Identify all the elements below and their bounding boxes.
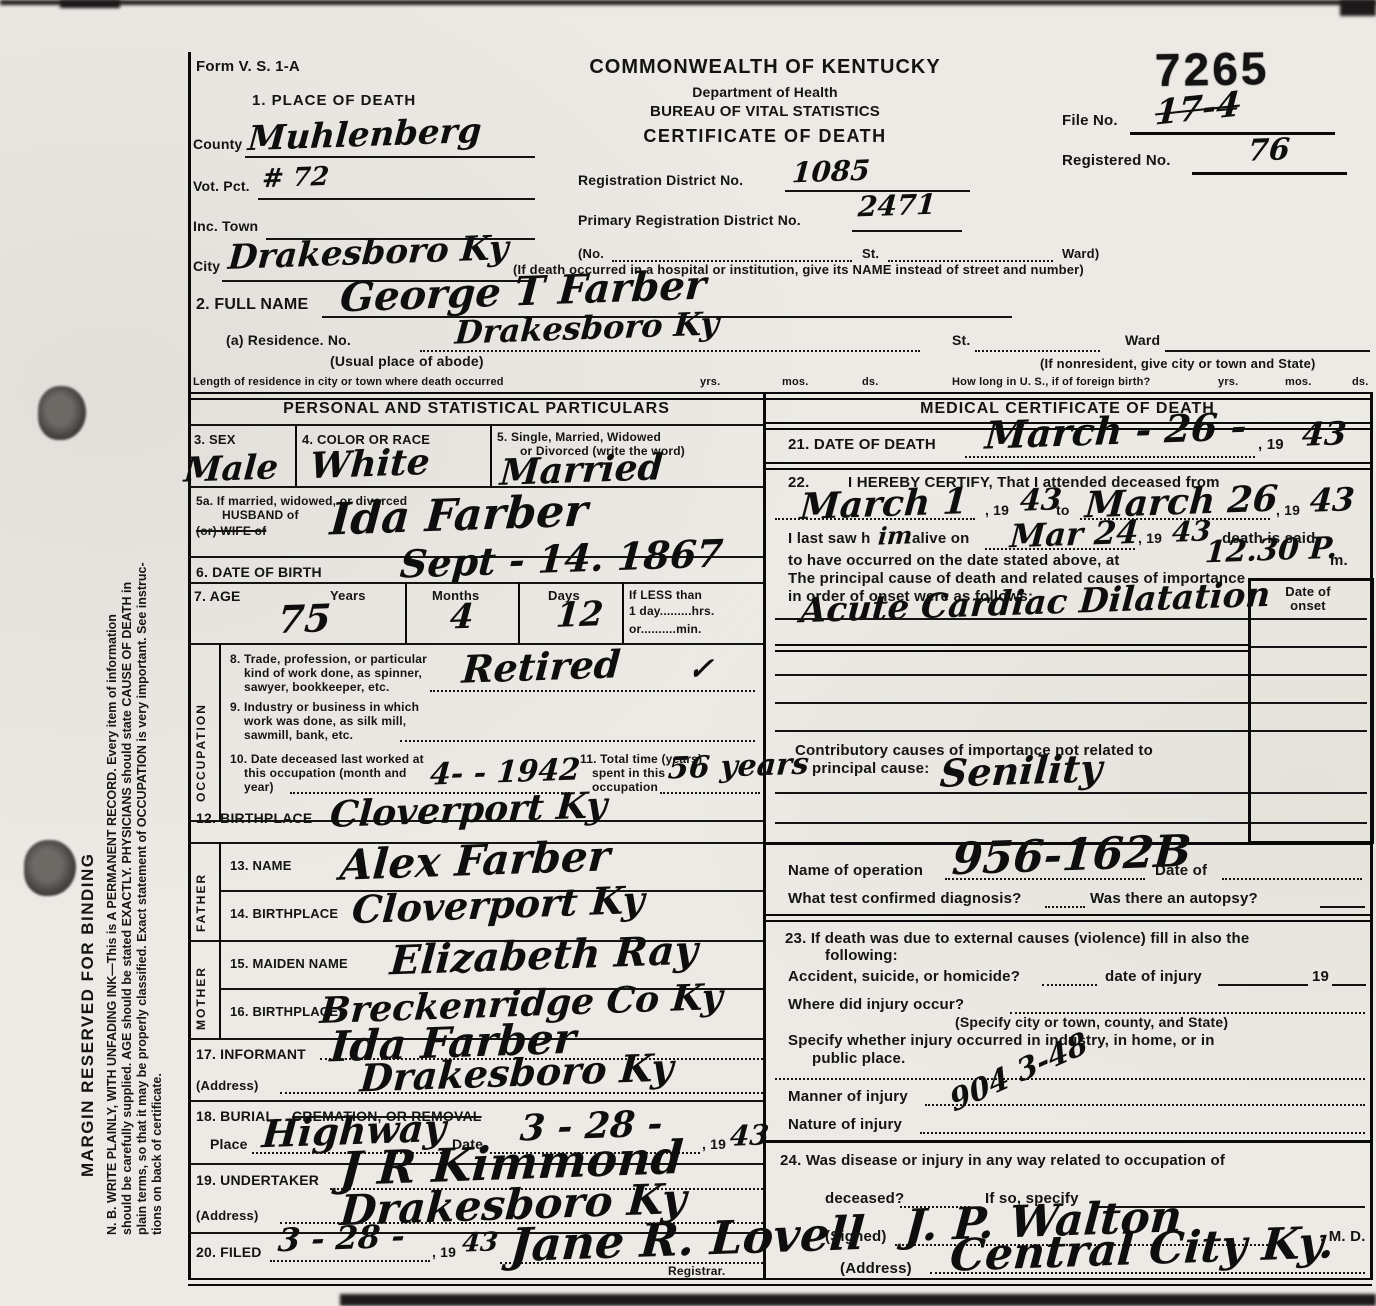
margin-nb-note: N. B. WRITE PLAINLY, WITH UNFADING INK—T… — [105, 85, 165, 1235]
onset-line-1 — [1251, 618, 1367, 620]
file-no-value: 17-4 — [1154, 87, 1241, 130]
trade-label-1: 8. Trade, profession, or particular — [230, 652, 427, 666]
specify-injury-label-2: public place. — [812, 1050, 905, 1067]
injury-bottom — [763, 1140, 1370, 1143]
scan-edge-top — [0, 0, 1376, 5]
hospital-no-label: (No. — [578, 246, 604, 261]
sex-label: 3. SEX — [194, 432, 236, 447]
commonwealth-title: COMMONWEALTH OF KENTUCKY — [565, 56, 965, 79]
cause-line-2 — [775, 644, 1248, 652]
nature-of-injury-label: Nature of injury — [788, 1116, 902, 1133]
form-number: Form V. S. 1-A — [196, 58, 300, 75]
form-left-border — [188, 52, 191, 1280]
external-causes-label-2: following: — [825, 947, 898, 964]
cause-line-6 — [775, 822, 1248, 824]
main-top-border — [188, 392, 1372, 400]
trade-checkmark: ✓ — [687, 655, 714, 686]
onset-line-5 — [1251, 730, 1367, 732]
last-worked-label-2: this occupation (month and — [244, 766, 407, 780]
city-value: Drakesboro Ky — [227, 231, 510, 275]
residence-length-label: Length of residence in city or town wher… — [193, 376, 504, 388]
last-saw-year-prefix: , 19 — [1138, 530, 1162, 546]
contributory-line — [775, 792, 1248, 794]
industry-label-2: work was done, as silk mill, — [244, 714, 406, 728]
nb-line-2: should be carefully supplied. AGE should… — [120, 85, 135, 1235]
scan-edge-bottom — [340, 1294, 1376, 1306]
date-of-death-value: March - 26 - — [984, 407, 1248, 454]
dod-line — [965, 456, 1255, 458]
or-wife-of-label: (or) WIFE of — [196, 524, 266, 538]
dob-label: 6. DATE OF BIRTH — [196, 564, 322, 580]
less-than-label-2: 1 day.........hrs. — [629, 604, 714, 618]
sex-value: Male — [183, 450, 280, 487]
occupation-vertical-label: OCCUPATION — [194, 672, 208, 802]
registrar-label: Registrar. — [668, 1264, 725, 1278]
informant-label: 17. INFORMANT — [196, 1046, 306, 1062]
operation-date-line — [1222, 878, 1362, 880]
inc-town-label: Inc. Town — [193, 218, 258, 234]
manner-top-line — [775, 1078, 1365, 1080]
residence-label: (a) Residence. No. — [226, 332, 351, 348]
specify-injury-label-1: Specify whether injury occurred in indus… — [788, 1032, 1215, 1049]
bureau-title: BUREAU OF VITAL STATISTICS — [565, 103, 965, 120]
test-line — [1045, 906, 1085, 908]
father-birthplace-value: Cloverport Ky — [351, 881, 646, 929]
undertaker-address-label: (Address) — [196, 1208, 258, 1223]
age-label: 7. AGE — [194, 588, 241, 604]
physician-address-label: (Address) — [840, 1260, 912, 1277]
cause-line-4 — [775, 702, 1248, 704]
from-year-prefix: , 19 — [985, 502, 1009, 518]
hospital-ward-label: Ward) — [1062, 246, 1099, 261]
vot-pct-line — [258, 198, 535, 200]
undertaker-label: 19. UNDERTAKER — [196, 1172, 319, 1188]
reg-district-label: Registration District No. — [578, 172, 743, 188]
registered-no-line — [1192, 172, 1347, 175]
trade-label-2: kind of work done, as spinner, — [244, 666, 422, 680]
filed-year-value: 43 — [461, 1229, 499, 1256]
residence-value: Drakesboro Ky — [454, 307, 720, 348]
last-worked-label-3: year) — [244, 780, 274, 794]
informant-address-line — [280, 1092, 763, 1094]
dod-year-prefix: , 19 — [1258, 436, 1284, 453]
autopsy-label: Was there an autopsy? — [1090, 890, 1258, 907]
occurred-text: to have occurred on the date stated abov… — [788, 552, 1120, 569]
primary-reg-label: Primary Registration District No. — [578, 212, 801, 228]
specify-city-note: (Specify city or town, county, and State… — [955, 1014, 1228, 1030]
contributory-value: Senility — [939, 749, 1104, 793]
operation-label: Name of operation — [788, 862, 923, 879]
us-yrs: yrs. — [1218, 376, 1238, 388]
primary-reg-line — [852, 230, 962, 232]
date-of-death-label: 21. DATE OF DEATH — [788, 436, 936, 453]
margin-binding-note: MARGIN RESERVED FOR BINDING — [78, 467, 98, 1177]
dob-value: Sept - 14. 1867 — [399, 534, 725, 583]
onset-line-3 — [1251, 674, 1367, 676]
personal-section-title: PERSONAL AND STATISTICAL PARTICULARS — [190, 400, 763, 418]
father-birthplace-label: 14. BIRTHPLACE — [230, 906, 338, 921]
onset-line-4 — [1251, 702, 1367, 704]
total-time-label-2: spent in this — [592, 766, 665, 780]
last-saw-value: Mar 24 — [1009, 516, 1140, 553]
dod-year-value: 43 — [1301, 417, 1348, 451]
marital-label-1: 5. Single, Married, Widowed — [497, 430, 661, 444]
vot-pct-value: # 72 — [261, 164, 330, 192]
age-years-label: Years — [330, 588, 366, 603]
mother-vertical-label: MOTHER — [194, 960, 208, 1030]
industry-label-1: 9. Industry or business in which — [230, 700, 419, 714]
registered-no-label: Registered No. — [1062, 152, 1171, 169]
filed-label: 20. FILED — [196, 1244, 262, 1260]
to-year-prefix: , 19 — [1276, 502, 1300, 518]
full-name-label: 2. FULL NAME — [196, 296, 308, 314]
informant-address-value: Drakesboro Ky — [359, 1048, 675, 1097]
reg-district-value: 1085 — [791, 157, 871, 188]
county-line — [245, 156, 535, 158]
father-name-label: 13. NAME — [230, 858, 292, 873]
nature-line — [920, 1132, 1365, 1134]
occupation-strip-divider — [219, 643, 221, 820]
spouse-name-value: Ida Farber — [329, 489, 590, 542]
industry-line — [400, 740, 755, 742]
filed-date-value: 3 - 28 - — [277, 1220, 406, 1257]
residence-line — [420, 350, 920, 352]
cause-line-3 — [775, 674, 1248, 676]
less-than-label-1: If LESS than — [629, 588, 702, 602]
occurred-m-label: m. — [1330, 552, 1348, 569]
county-label: County — [193, 136, 242, 152]
burial-year-prefix: , 19 — [702, 1136, 726, 1152]
husband-of-label: HUSBAND of — [222, 508, 299, 522]
personal-title-underline — [188, 424, 763, 426]
death-certificate-scan: MARGIN RESERVED FOR BINDING N. B. WRITE … — [0, 0, 1376, 1306]
registered-no-value: 76 — [1247, 135, 1291, 167]
trade-label-3: sawyer, bookkeeper, etc. — [244, 680, 390, 694]
margin-binding-label: MARGIN RESERVED FOR BINDING — [78, 853, 97, 1178]
informant-bottom — [188, 1100, 763, 1102]
autopsy-line — [1320, 906, 1365, 908]
dob-bottom — [188, 582, 763, 584]
hospital-st-label: St. — [862, 246, 879, 261]
scan-mark-top-right — [1340, 0, 1376, 16]
last-saw-scribble: im — [877, 523, 913, 548]
contributory-label-2: principal cause: — [812, 760, 929, 777]
dod-bottom — [763, 462, 1370, 470]
us-ds: ds. — [1352, 376, 1369, 388]
file-no-line — [1130, 132, 1335, 135]
main-bottom-border — [188, 1278, 1372, 1286]
age-years-value: 75 — [277, 599, 333, 639]
cause-line-1 — [775, 618, 1248, 620]
residence-nonresident-note: (If nonresident, give city or town and S… — [1040, 356, 1316, 371]
where-injury-label: Where did injury occur? — [788, 996, 964, 1013]
informant-address-label: (Address) — [196, 1078, 258, 1093]
file-no-label: File No. — [1062, 112, 1118, 129]
filed-year-prefix: , 19 — [432, 1244, 456, 1260]
binding-hole-top — [38, 386, 86, 440]
trade-value: Retired — [461, 645, 622, 689]
cause-line-5 — [775, 730, 1248, 732]
county-value: Muhlenberg — [247, 114, 483, 156]
registrar-signature: Jane R. Lovell — [508, 1210, 866, 1269]
age-months-value: 4 — [449, 600, 475, 635]
dept-of-health: Department of Health — [565, 84, 965, 100]
last-saw-line — [985, 548, 1135, 550]
last-saw-prefix: I last saw h — [788, 530, 870, 547]
less-than-label-3: or..........min. — [629, 622, 702, 636]
accident-label: Accident, suicide, or homicide? — [788, 968, 1020, 985]
binding-hole-bottom — [24, 840, 76, 896]
physician-address-value: Central City Ky. — [949, 1221, 1336, 1279]
occurred-time-value: 12.30 P. — [1204, 534, 1338, 569]
related-occupation-label-1: 24. Was disease or injury in any way rel… — [780, 1152, 1225, 1169]
nb-line-3: plain terms, so that it may be properly … — [135, 85, 150, 1235]
birthplace-value: Cloverport Ky — [329, 787, 608, 833]
nb-line-1: N. B. WRITE PLAINLY, WITH UNFADING INK—T… — [105, 85, 120, 1235]
residence-abode-note: (Usual place of abode) — [330, 353, 484, 369]
age-days-less-divider — [622, 582, 624, 643]
us-mos: mos. — [1285, 376, 1311, 388]
to-year-value: 43 — [1309, 483, 1356, 517]
city-label: City — [193, 258, 220, 274]
operation-date-of-label: Date of — [1155, 862, 1207, 879]
place-of-death-heading: 1. PLACE OF DEATH — [252, 92, 416, 109]
certificate-title: CERTIFICATE OF DEATH — [565, 126, 965, 147]
physician-address-line — [930, 1272, 1365, 1274]
industry-label-3: sawmill, bank, etc. — [244, 728, 353, 742]
accident-line — [1042, 984, 1097, 986]
attended-from-line — [775, 518, 975, 520]
burial-place-label: Place — [210, 1136, 248, 1152]
nb-line-4: tions on back of certificate. — [150, 85, 165, 1235]
us-length-label: How long in U. S., if of foreign birth? — [952, 376, 1150, 388]
last-saw-mid: alive on — [912, 530, 969, 547]
birthplace-label: 12. BIRTHPLACE — [196, 810, 312, 826]
mother-maiden-value: Elizabeth Ray — [389, 931, 699, 982]
age-days-value: 12 — [555, 597, 605, 633]
injury-19-label: 19 — [1312, 968, 1329, 985]
external-causes-label-1: 23. If death was due to external causes … — [785, 930, 1249, 947]
age-years-months-divider — [405, 582, 407, 643]
burial-year-value: 43 — [729, 1121, 770, 1150]
related-occupation-label-2: deceased? — [825, 1190, 904, 1207]
injury-date-line — [1218, 984, 1308, 986]
test-label: What test confirmed diagnosis? — [788, 890, 1022, 907]
residence-ward-label: Ward — [1125, 332, 1160, 348]
length-ds: ds. — [862, 376, 879, 388]
trade-line — [430, 690, 755, 692]
injury-19-line — [1332, 984, 1366, 986]
age-months-days-divider — [518, 582, 520, 643]
primary-reg-value: 2471 — [857, 191, 937, 222]
residence-st-line — [975, 350, 1100, 352]
manner-of-injury-label: Manner of injury — [788, 1088, 908, 1105]
color-marital-divider — [490, 424, 492, 486]
mother-maiden-label: 15. MAIDEN NAME — [230, 956, 348, 971]
onset-line-2 — [1251, 646, 1367, 648]
injury-date-label: date of injury — [1105, 968, 1202, 985]
marital-value: Married — [499, 449, 664, 491]
scan-mark-top-left — [60, 0, 120, 8]
color-race-value: White — [309, 444, 431, 484]
residence-st-label: St. — [952, 332, 971, 348]
last-worked-label-1: 10. Date deceased last worked at — [230, 752, 424, 766]
length-mos: mos. — [782, 376, 808, 388]
residence-ward-line — [1165, 350, 1370, 352]
tests-bottom — [763, 914, 1370, 922]
age-bottom — [188, 643, 763, 645]
sex-color-divider — [295, 424, 297, 486]
signed-label: (Signed) — [825, 1228, 887, 1245]
total-time-value: 56 years — [667, 749, 810, 784]
operation-line — [945, 878, 1145, 880]
total-time-line — [660, 792, 760, 794]
filed-date-line — [270, 1260, 430, 1262]
vot-pct-label: Vot. Pct. — [193, 178, 250, 194]
length-yrs: yrs. — [700, 376, 720, 388]
onset-line-7 — [1251, 822, 1367, 824]
onset-line-6 — [1251, 792, 1367, 794]
father-vertical-label: FATHER — [194, 862, 208, 932]
manner-line — [925, 1104, 1365, 1106]
